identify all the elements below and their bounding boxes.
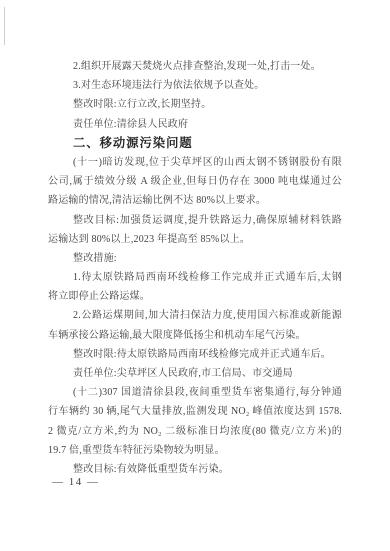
responsible-unit-jiancaoping: 责任单位:尖草坪区人民政府,市工信局、市交通局 <box>48 364 342 383</box>
measure-item-3-illegal-acts: 3.对生态环境违法行为依法依规予以查处。 <box>48 76 342 95</box>
document-page: 2.组织开展露天焚烧火点排查整治,发现一处,打击一处。 3.对生态环境违法行为依… <box>0 0 390 551</box>
rectify-target-11-line-2: 运输达到 80%以上,2023 年提高至 85%以上。 <box>48 230 342 249</box>
issue-12-line-1: (十二)307 国道清徐县段,夜间重型货车密集通行,每分钟通 <box>48 383 342 402</box>
issue-11-line-3: 路运输的情况,清洁运输比例不达 80%以上要求。 <box>48 191 342 210</box>
measure-item-2-open-burning: 2.组织开展露天焚烧火点排查整治,发现一处,打击一处。 <box>48 57 342 76</box>
page-number: — 14 — <box>52 474 100 490</box>
issue-11-line-1: (十一)暗访发现,位于尖草坪区的山西太钢不锈钢股份有限 <box>48 153 342 172</box>
responsible-unit-qingxu: 责任单位:清徐县人民政府 <box>48 115 342 134</box>
text-block: 2.组织开展露天焚烧火点排查整治,发现一处,打击一处。 3.对生态环境违法行为依… <box>48 57 342 479</box>
issue-12-line-3: 2 微克/立方米,约为 NO₂ 二级标准日均浓度(80 微克/立方米)的 <box>48 422 342 441</box>
measure-1-line-2: 将立即停止公路运煤。 <box>48 287 342 306</box>
rectify-deadline-1: 整改时限:立行立改,长期坚持。 <box>48 95 342 114</box>
rectify-target-11-line-1: 整改目标:加强货运调度,提升铁路运力,确保原辅材料铁路 <box>48 211 342 230</box>
issue-12-line-2: 行车辆约 30 辆,尾气大量排放,监测发现 NO₂ 峰值浓度达到 1578. <box>48 402 342 421</box>
measure-1-line-1: 1.待太原铁路局西南环线检修工作完成并正式通车后,太钢 <box>48 268 342 287</box>
issue-12-line-4: 19.7 倍,重型货车特征污染物较为明显。 <box>48 441 342 460</box>
measure-2-line-1: 2.公路运煤期间,加大清扫保洁力度,使用国六标准或新能源 <box>48 306 342 325</box>
section-heading-mobile-source-pollution: 二、移动源污染问题 <box>48 134 342 153</box>
issue-11-line-2: 公司,属于绩效分级 A 级企业,但每日仍存在 3000 吨电煤通过公 <box>48 172 342 191</box>
rectify-measures-label: 整改措施: <box>48 249 342 268</box>
scan-artifact-line <box>4 7 5 45</box>
rectify-deadline-11: 整改时限:待太原铁路局西南环线检修完成并正式通车后。 <box>48 345 342 364</box>
measure-2-line-2: 车辆承接公路运输,最大限度降低扬尘和机动车尾气污染。 <box>48 326 342 345</box>
